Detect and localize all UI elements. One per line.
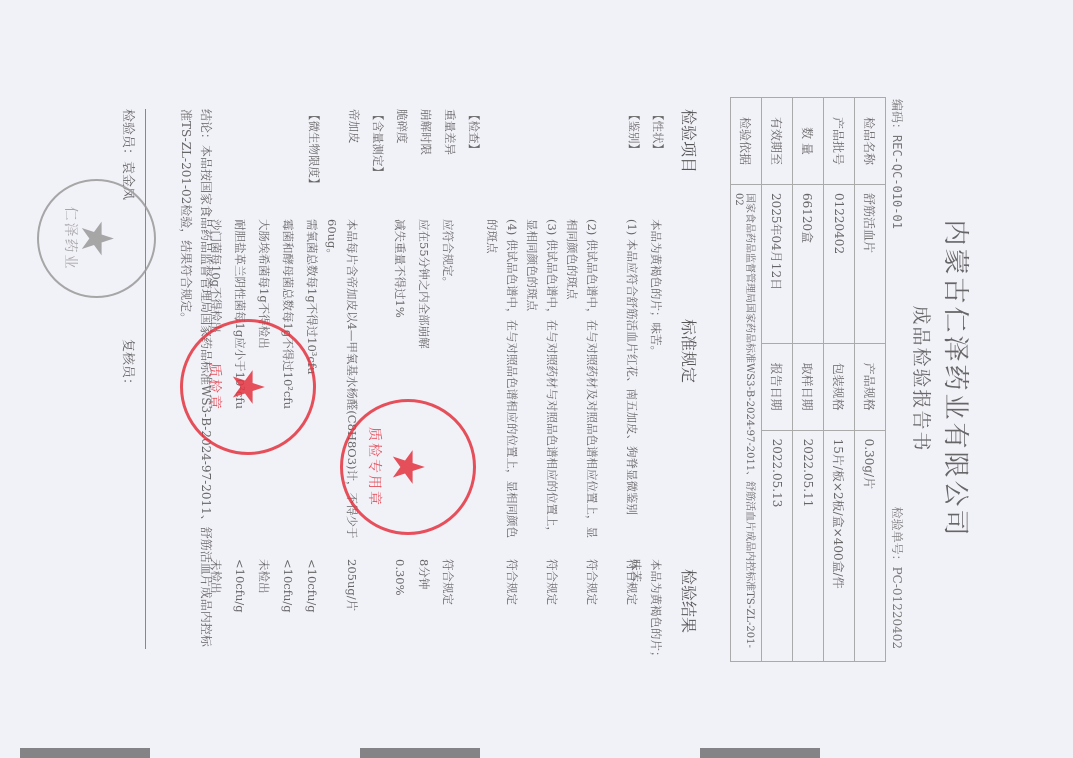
value: 15片/板×2板/盒×400盒/件	[824, 430, 855, 661]
cell-result: 符合规定	[438, 559, 458, 669]
value: 国家食品药品监督管理局国家药品标准WS3-B-2024-97-2011、舒筋活血…	[731, 185, 762, 662]
cell-item: 帝加皮	[346, 109, 362, 209]
cell-result: <10cfu/g	[278, 559, 298, 669]
cell-standard: (4) 供试品色谱中，在与对照品色谱相应的位置上，显相同颜色的斑点	[482, 219, 522, 549]
cell-standard: (2) 供试品色谱中，在与对照药材及对照品色谱相应位置上，显相同颜色的斑点	[562, 219, 602, 549]
col-item: 检验项目	[678, 109, 701, 173]
cell-item: 【含量测定】	[370, 109, 386, 209]
cell-item: 【微生物限度】	[306, 109, 322, 209]
cell-result: <10cfu/g	[230, 559, 250, 669]
col-standard: 标准规定	[678, 319, 701, 383]
cell-result: 符合规定	[542, 559, 562, 669]
scan-artifact	[360, 748, 480, 758]
label: 检验依据	[731, 98, 762, 185]
cell-result: <10cfu/g	[302, 559, 322, 669]
cell-result: 8分钟	[414, 559, 434, 669]
label: 取样日期	[793, 343, 824, 430]
report-number: 检验单号：PC-01220402	[889, 507, 906, 649]
label: 有效期至	[762, 98, 793, 185]
cell-result: 符合规定	[582, 559, 602, 669]
reviewer: 复核员：	[120, 339, 139, 391]
value: 01220402	[824, 185, 855, 344]
value: 66120盒	[793, 185, 824, 344]
label: 报告日期	[762, 343, 793, 430]
scan-artifact	[20, 748, 150, 758]
cell-item: 重量差异	[442, 109, 458, 209]
scan-artifact	[700, 748, 820, 758]
red-stamp-1: ★质检专用章	[340, 399, 476, 535]
signature-line: 检验员：袁金凤 复核员：	[139, 109, 146, 649]
doc-title: 成品检验报告书	[909, 69, 936, 689]
company-name: 内蒙古仁泽药业有限公司	[939, 69, 976, 689]
red-stamp-2: ★质检章	[180, 319, 316, 455]
cell-result: 符合规定	[622, 559, 642, 669]
cell-standard: 本品为黄褐色的片；味苦。	[646, 219, 666, 549]
label: 产品批号	[824, 98, 855, 185]
cell-item: 崩解时限	[418, 109, 434, 209]
cell-result: 205ug/片	[342, 559, 362, 669]
label: 包装规格	[824, 343, 855, 430]
document-page: 内蒙古仁泽药业有限公司 成品检验报告书 编码：REC-QC-010-01 检验单…	[36, 69, 1036, 689]
info-table: 检品名称 舒筋活血片 产品规格 0.30g/片 产品批号 01220402 包装…	[730, 97, 886, 662]
label: 产品规格	[855, 343, 886, 430]
cell-result: 未检出	[254, 559, 274, 669]
doc-code: 编码：REC-QC-010-01	[889, 99, 906, 229]
label: 检品名称	[855, 98, 886, 185]
value: 2025年04月12日	[762, 185, 793, 344]
gray-stamp: ★仁泽药业	[37, 179, 156, 298]
value: 舒筋活血片	[855, 185, 886, 344]
cell-item: 【检查】	[466, 109, 482, 209]
value: 0.30g/片	[855, 430, 886, 661]
label: 数 量	[793, 98, 824, 185]
col-result: 检验结果	[678, 569, 701, 633]
cell-result: 符合规定	[502, 559, 522, 669]
cell-item: 脆碎度	[394, 109, 410, 209]
cell-standard: (3) 供试品色谱中，在与对照药材与对照品色谱相应的位置上，显相同颜色的斑点	[522, 219, 562, 549]
value: 2022.05.11	[793, 430, 824, 661]
cell-standard: (1) 本品应符合舒筋活血片红花、南五加皮、狗脊显微鉴别	[622, 219, 642, 549]
value: 2022.05.13	[762, 430, 793, 661]
cell-item: 【性状】	[650, 109, 666, 209]
cell-item: 【鉴别】	[626, 109, 642, 209]
cell-result: 0.30%	[390, 559, 410, 669]
